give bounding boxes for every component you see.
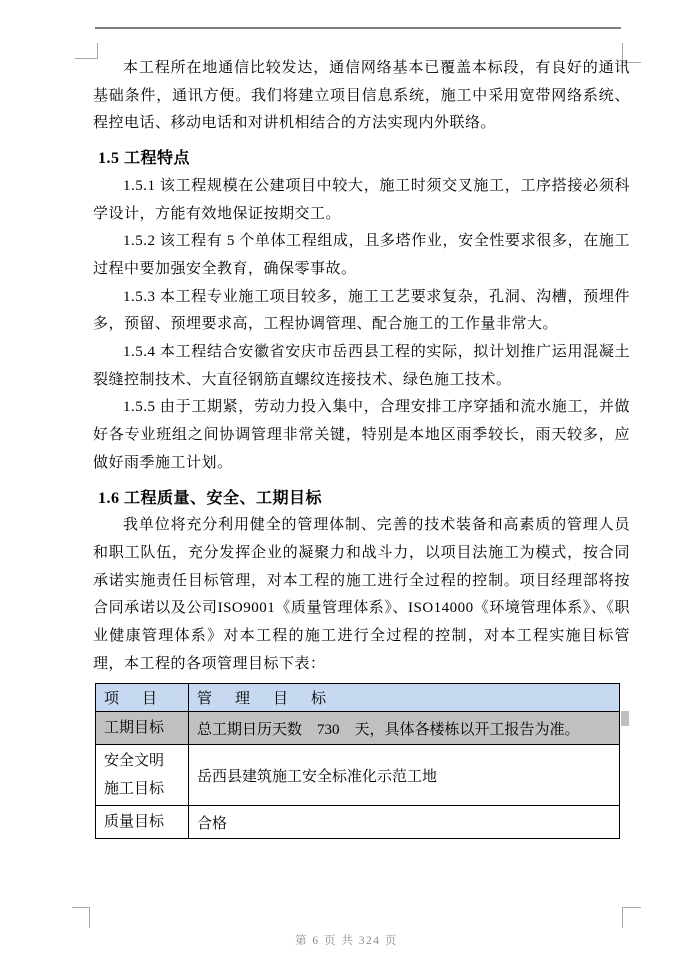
clause-1-5-3: 1.5.3 本工程专业施工项目较多，施工工艺要求复杂，孔洞、沟槽，预埋件多，预留… xyxy=(93,284,630,339)
management-targets-table: 项 目 管 理 目 标 工期目标 总工期日历天数 730 天，具体各楼栋以开工报… xyxy=(95,683,620,839)
communications-paragraph: 本工程所在地通信比较发达，通信网络基本已覆盖本标段，有良好的通讯基础条件，通讯方… xyxy=(93,55,630,138)
page-number-footer: 第 6 页 共 324 页 xyxy=(0,932,693,948)
clause-1-5-5: 1.5.5 由于工期紧，劳动力投入集中，合理安排工序穿插和流水施工，并做好各专业… xyxy=(93,394,630,477)
row-label: 质量目标 xyxy=(96,806,189,839)
document-page: 本工程所在地通信比较发达，通信网络基本已覆盖本标段，有良好的通讯基础条件，通讯方… xyxy=(0,0,693,959)
row-value: 总工期日历天数 730 天，具体各楼栋以开工报告为准。 xyxy=(189,712,620,745)
section-1-5-heading: 1.5 工程特点 xyxy=(98,145,630,173)
table-row-selection-marker xyxy=(621,711,629,726)
table-header-item: 项 目 xyxy=(96,684,189,712)
table-row-safety-target: 安全文明 施工目标 岳西县建筑施工安全标准化示范工地 xyxy=(96,745,620,806)
section-1-6-paragraph: 我单位将充分利用健全的管理体制、完善的技术装备和高素质的管理人员和职工队伍，充分… xyxy=(93,512,630,678)
section-1-6-heading: 1.6 工程质量、安全、工期目标 xyxy=(98,485,630,513)
clause-1-5-4: 1.5.4 本工程结合安徽省安庆市岳西县工程的实际，拟计划推广运用混凝土裂缝控制… xyxy=(93,339,630,394)
clause-1-5-1: 1.5.1 该工程规模在公建项目中较大，施工时须交叉施工，工序搭接必须科学设计，… xyxy=(93,173,630,228)
row-value: 合格 xyxy=(189,806,620,839)
margin-crop-mark-bottom-right xyxy=(622,907,641,928)
clause-1-5-2: 1.5.2 该工程有 5 个单体工程组成，且多塔作业，安全性要求很多，在施工过程… xyxy=(93,228,630,283)
page-header-rule xyxy=(95,27,621,29)
row-label: 工期目标 xyxy=(96,712,189,745)
table-row-quality-target: 质量目标 合格 xyxy=(96,806,620,839)
row-label: 安全文明 施工目标 xyxy=(96,745,189,806)
table-row-duration-target: 工期目标 总工期日历天数 730 天，具体各楼栋以开工报告为准。 xyxy=(96,712,620,745)
row-value: 岳西县建筑施工安全标准化示范工地 xyxy=(189,745,620,806)
margin-crop-mark-bottom-left xyxy=(72,907,90,928)
document-body: 本工程所在地通信比较发达，通信网络基本已覆盖本标段，有良好的通讯基础条件，通讯方… xyxy=(93,55,630,839)
table-header-target: 管 理 目 标 xyxy=(189,684,620,712)
table-header-row: 项 目 管 理 目 标 xyxy=(96,684,620,712)
